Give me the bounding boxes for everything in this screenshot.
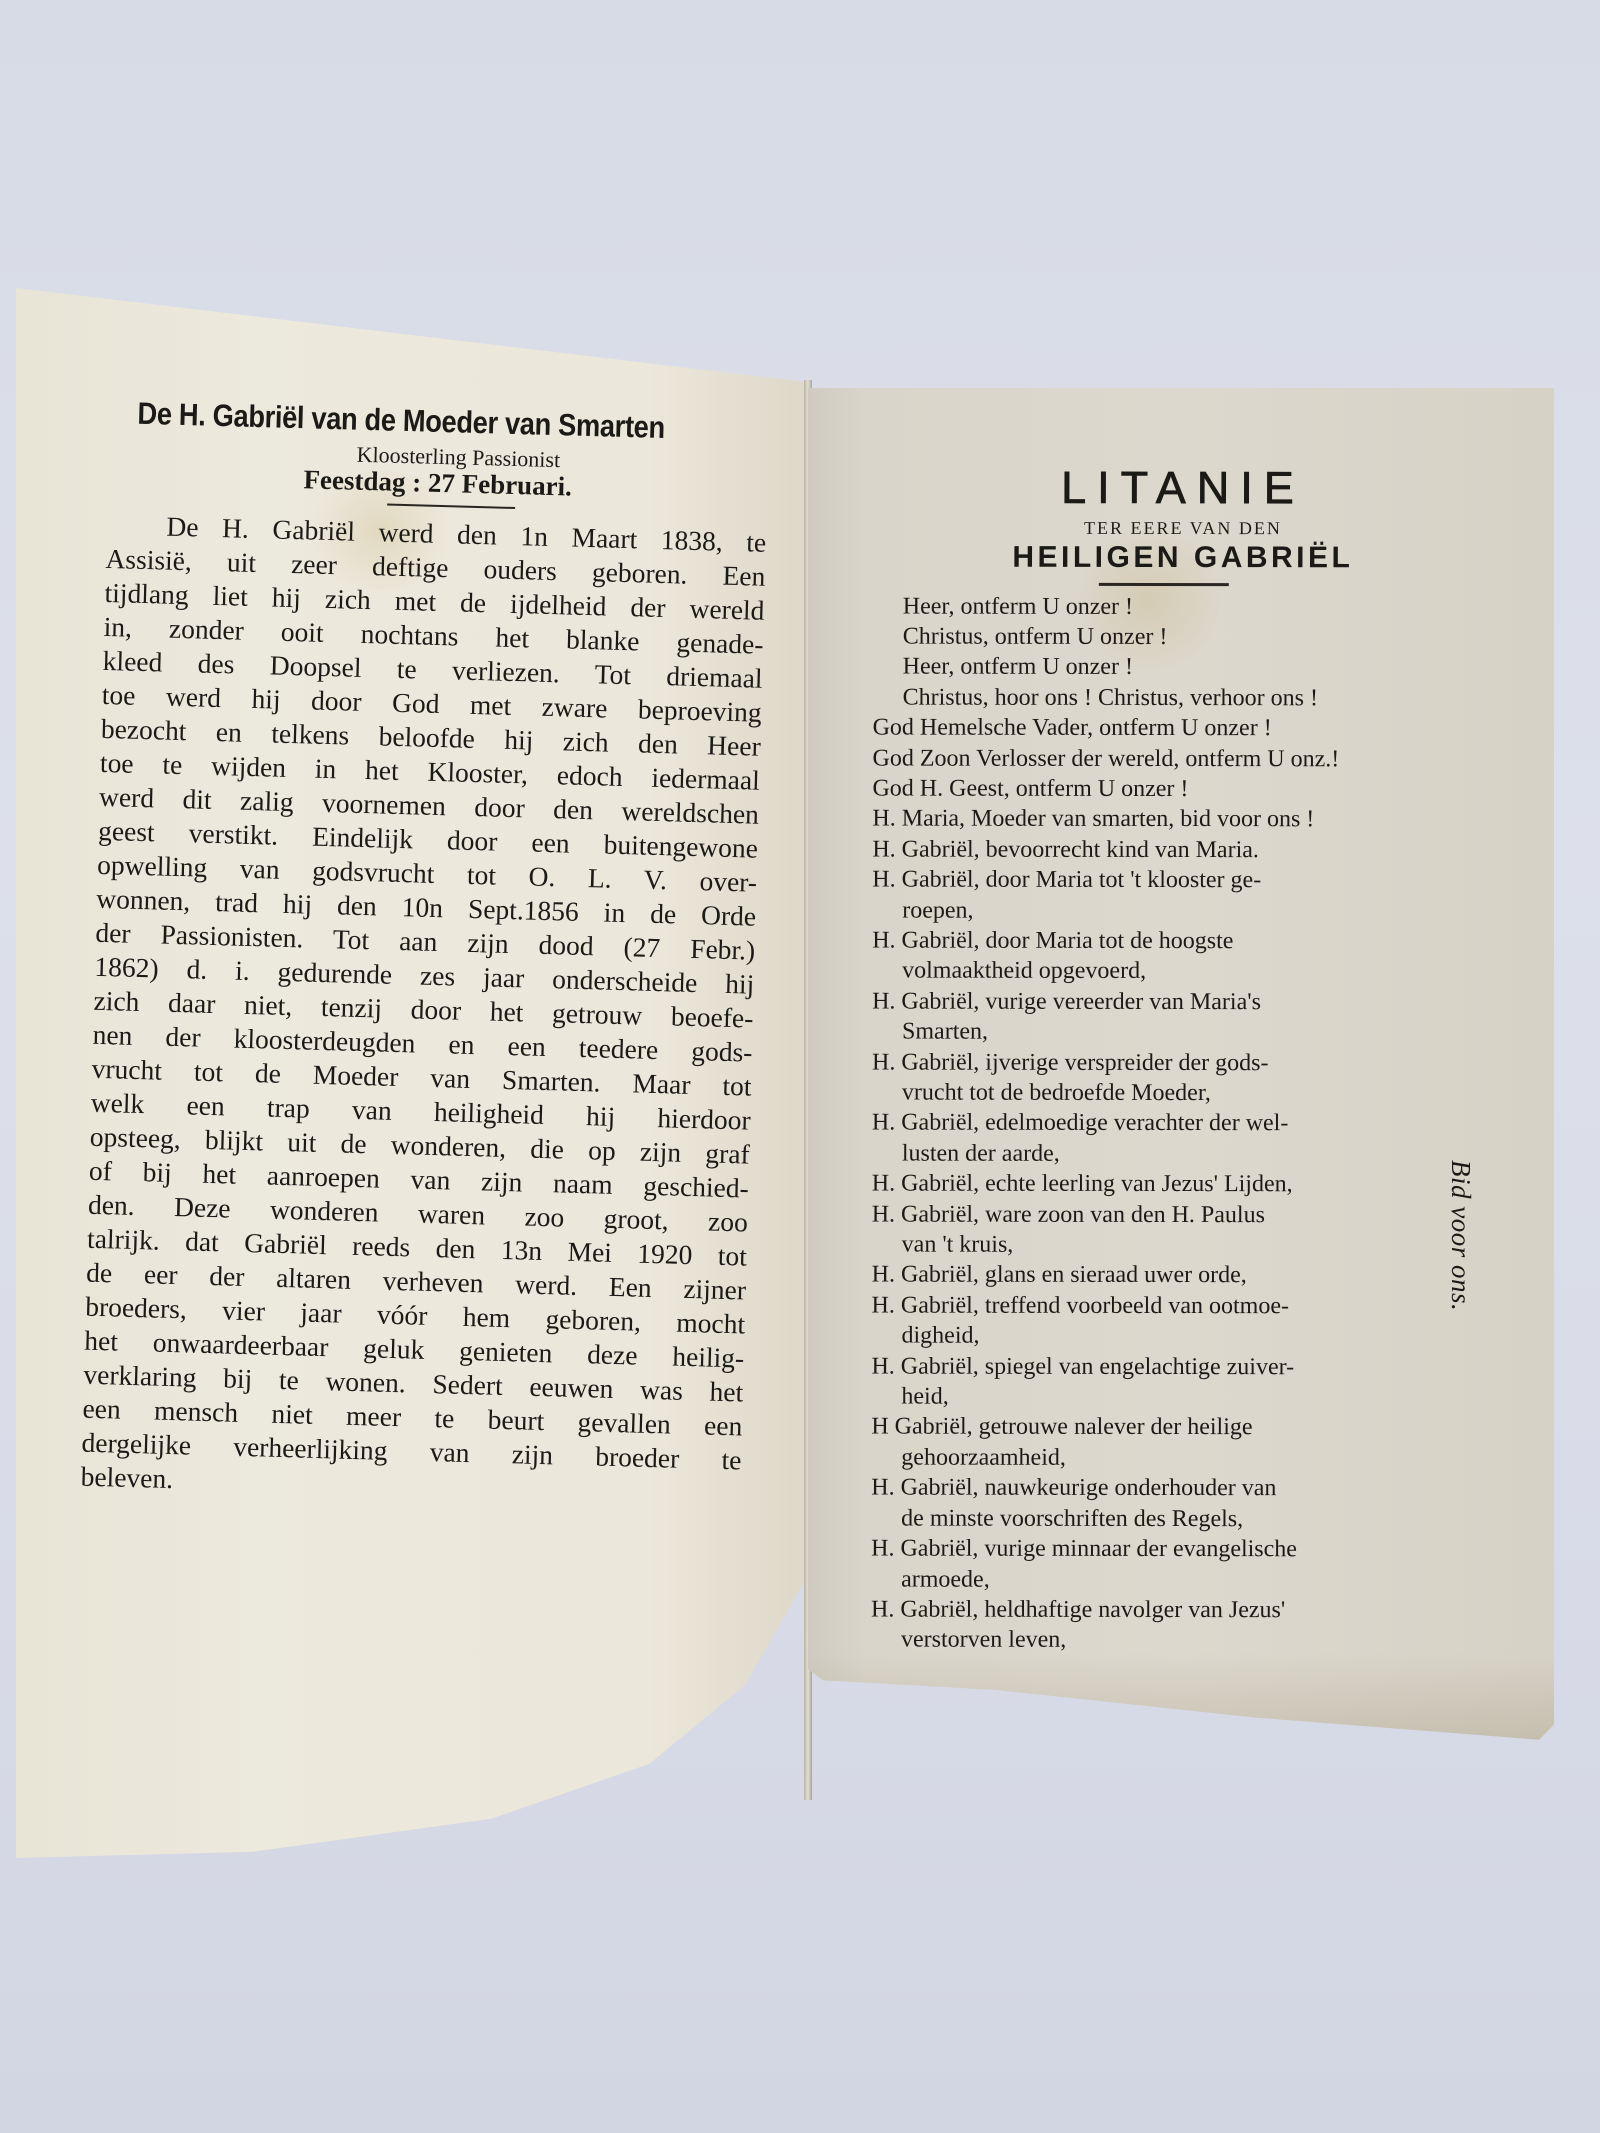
invocation-text: Heer, ontferm U onzer ! (903, 593, 1133, 619)
invocation-item: H. Gabriël, vurige vereerder van Maria's… (872, 986, 1462, 1048)
invocation-item: H. Maria, Moeder van smarten, bid voor o… (872, 804, 1462, 835)
litany-title: LITANIE (903, 462, 1463, 515)
invocation-list: Heer, ontferm U onzer !Christus, ontferm… (871, 591, 1463, 1656)
invocation-text: God Hemelsche Vader, ontferm U onzer ! (873, 715, 1272, 742)
litany-subtitle: TER EERE VAN DEN (903, 518, 1463, 540)
invocation-text: H. Gabriël, ware zoon van den H. Paulus (872, 1201, 1265, 1228)
invocation-text: H. Gabriël, nauwkeurige onderhouder van (871, 1475, 1276, 1502)
invocation-item: Christus, ontferm U onzer ! (873, 621, 1463, 652)
invocation-continuation: digheid, (871, 1321, 1461, 1352)
invocation-item: Heer, ontferm U onzer ! (873, 591, 1463, 622)
invocation-item: God Hemelsche Vader, ontferm U onzer ! (873, 713, 1463, 744)
invocation-text: Christus, ontferm U onzer ! (903, 623, 1168, 649)
open-booklet: De H. Gabriël van de Moeder van Smarten … (0, 0, 1600, 2133)
invocation-item: H. Gabriël, vurige minnaar der evangelis… (871, 1534, 1461, 1596)
left-page-content: De H. Gabriël van de Moeder van Smarten … (80, 395, 769, 1511)
invocation-continuation: vrucht tot de bedroefde Moeder, (872, 1077, 1462, 1108)
invocation-item: H. Gabriël, spiegel van engelachtige zui… (871, 1351, 1461, 1413)
invocation-text: H. Gabriël, spiegel van engelachtige zui… (871, 1353, 1294, 1380)
side-response-text: Bid voor ons. (1445, 1160, 1476, 1311)
invocation-continuation: armoede, (871, 1564, 1461, 1595)
invocation-text: H. Gabriël, edelmoedige verachter der we… (872, 1110, 1289, 1137)
litany-saint-name: HEILIGEN GABRIËL (903, 541, 1463, 576)
invocation-text: H. Gabriël, bevoorrecht kind van Maria. (872, 836, 1259, 863)
invocation-item: God H. Geest, ontferm U onzer ! (872, 773, 1462, 804)
invocation-text: God H. Geest, ontferm U onzer ! (872, 775, 1188, 802)
invocation-text: H. Gabriël, ijverige verspreider der god… (872, 1049, 1269, 1076)
invocation-text: H. Gabriël, treffend voorbeeld van ootmo… (872, 1292, 1289, 1319)
invocation-continuation: van 't kruis, (872, 1230, 1462, 1261)
invocation-item: H. Gabriël, bevoorrecht kind van Maria. (872, 834, 1462, 865)
invocation-continuation: verstorven leven, (871, 1625, 1461, 1656)
invocation-text: H. Gabriël, vurige minnaar der evangelis… (871, 1536, 1297, 1563)
invocation-item: God Zoon Verlosser der wereld, ontferm U… (872, 743, 1462, 774)
invocation-item: H. Gabriël, treffend voorbeeld van ootmo… (871, 1290, 1461, 1352)
invocation-item: H. Gabriël, ijverige verspreider der god… (872, 1047, 1462, 1109)
invocation-item: H. Gabriël, door Maria tot 't klooster g… (872, 865, 1462, 927)
invocation-text: H. Gabriël, heldhaftige navolger van Jez… (871, 1596, 1285, 1623)
invocation-text: H. Gabriël, vurige vereerder van Maria's (872, 988, 1261, 1015)
invocation-continuation: heid, (871, 1382, 1461, 1413)
invocation-item: H. Gabriël, nauwkeurige onderhouder vand… (871, 1473, 1461, 1535)
invocation-item: Heer, ontferm U onzer ! (873, 652, 1463, 683)
invocation-text: H. Maria, Moeder van smarten, bid voor o… (872, 806, 1314, 833)
right-page-content: LITANIE TER EERE VAN DEN HEILIGEN GABRIË… (871, 461, 1463, 1656)
invocation-text: God Zoon Verlosser der wereld, ontferm U… (873, 745, 1340, 772)
invocation-continuation: de minste voorschriften des Regels, (871, 1503, 1461, 1534)
invocation-text: H. Gabriël, glans en sieraad uwer orde, (872, 1262, 1247, 1289)
invocation-item: H. Gabriël, ware zoon van den H. Paulusv… (872, 1199, 1462, 1261)
invocation-text: H. Gabriël, door Maria tot de hoogste (872, 927, 1233, 954)
title-divider (387, 504, 515, 509)
invocation-item: H. Gabriël, echte leerling van Jezus' Li… (872, 1169, 1462, 1200)
invocation-text: H. Gabriël, door Maria tot 't klooster g… (872, 867, 1261, 894)
invocation-continuation: gehoorzaamheid, (871, 1442, 1461, 1473)
invocation-item: H. Gabriël, edelmoedige verachter der we… (872, 1108, 1462, 1170)
invocation-text: Heer, ontferm U onzer ! (903, 654, 1133, 680)
invocation-item: H Gabriël, getrouwe nalever der heiligeg… (871, 1412, 1461, 1474)
invocation-continuation: roepen, (872, 895, 1462, 926)
invocation-text: H. Gabriël, echte leerling van Jezus' Li… (872, 1171, 1293, 1198)
invocation-continuation: lusten der aarde, (872, 1138, 1462, 1169)
invocation-continuation: volmaaktheid opgevoerd, (872, 956, 1462, 987)
invocation-item: H. Gabriël, heldhaftige navolger van Jez… (871, 1594, 1461, 1656)
invocation-text: H Gabriël, getrouwe nalever der heilige (871, 1414, 1252, 1441)
invocation-item: Christus, hoor ons ! Christus, verhoor o… (873, 682, 1463, 713)
litany-divider (1099, 583, 1229, 586)
invocation-item: H. Gabriël, glans en sieraad uwer orde, (872, 1260, 1462, 1291)
biography-text: De H. Gabriël werd den 1n Maart 1838, te… (80, 508, 766, 1511)
invocation-text: Christus, hoor ons ! Christus, verhoor o… (903, 684, 1318, 711)
invocation-continuation: Smarten, (872, 1017, 1462, 1048)
invocation-item: H. Gabriël, door Maria tot de hoogstevol… (872, 925, 1462, 987)
